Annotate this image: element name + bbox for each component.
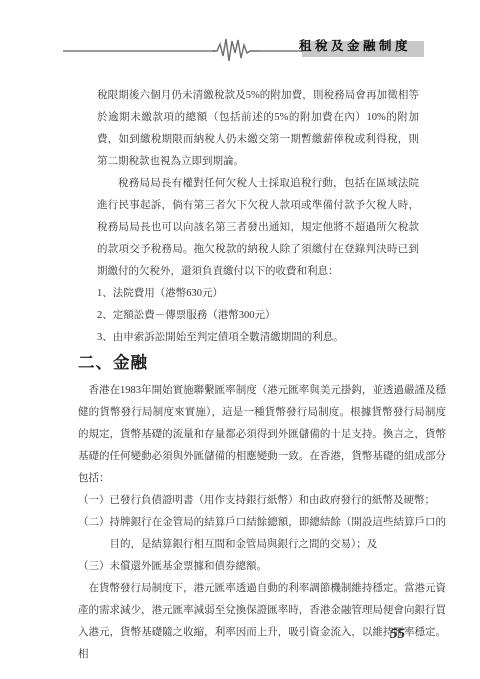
paragraph: 稅限期後六個月仍未清繳稅款及5%的附加費，則稅務局會再加徵相等於逾期未繳款項的總… <box>97 85 419 173</box>
cjk-list-item: （一）已發行負債證明書（用作支持銀行紙幣）和由政府發行的紙幣及硬幣； <box>78 490 446 512</box>
page-number: 55 <box>390 626 405 643</box>
numbered-list-item: 2、定額訟費－傳票服務（港幣300元） <box>97 305 419 327</box>
paragraph: 稅務局局長有權對任何欠稅人士採取追稅行動，包括在區域法院進行民事起訴，倘有第三者… <box>97 173 419 283</box>
chapter-label: 租稅及金融制度 <box>299 36 429 60</box>
chapter-label-text: 租稅及金融制度 <box>299 36 411 54</box>
numbered-list-item: 3、由申索訴訟開始至判定債項全數清繳期間的利息。 <box>97 327 419 349</box>
waveform-icon <box>213 32 263 70</box>
paragraph: 香港在1983年開始實施聯繫匯率制度（港元匯率與美元掛鈎，並透過嚴謹及穩健的貨幣… <box>78 380 446 490</box>
cjk-list-item: （二）持牌銀行在金管局的結算戶口結餘總額，即總結餘（開設這些結算戶口的目的，是結… <box>78 512 446 556</box>
paragraph: 在貨幣發行局制度下，港元匯率透過自動的利率調節機制維持穩定。當港元資產的需求減少… <box>78 578 446 666</box>
header-rule-mid <box>261 50 302 52</box>
header-rule-left <box>63 50 215 52</box>
cjk-list-item: （三）未償還外匯基金票據和債券總額。 <box>78 556 446 578</box>
numbered-list-item: 1、法院費用（港幣630元） <box>97 283 419 305</box>
tax-section-body: 稅限期後六個月仍未清繳稅款及5%的附加費，則稅務局會再加徵相等於逾期未繳款項的總… <box>97 85 419 349</box>
finance-section-body: 香港在1983年開始實施聯繫匯率制度（港元匯率與美元掛鈎，並透過嚴謹及穩健的貨幣… <box>78 380 446 666</box>
section-heading-finance: 二、金融 <box>78 349 148 373</box>
document-page: 租稅及金融制度 稅限期後六個月仍未清繳稅款及5%的附加費，則稅務局會再加徵相等於… <box>0 0 480 679</box>
